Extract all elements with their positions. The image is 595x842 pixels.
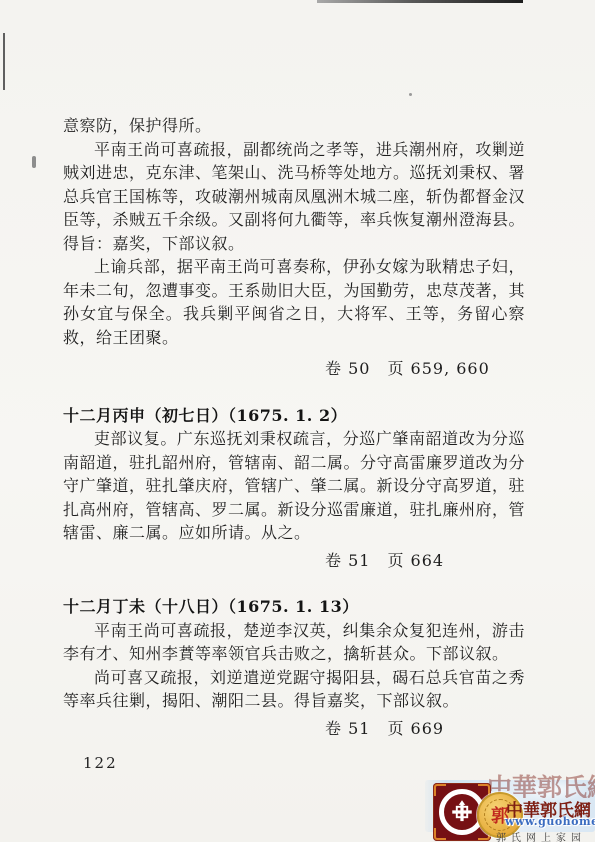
page-text-block: 意察防，保护得所。 平南王尚可喜疏报，副都统尚之孝等，进兵潮州府，攻剿逆贼刘进忠… [63,114,525,740]
entry-date-heading: 十二月丙申（初七日）（1675. 1. 2） [63,404,525,428]
paragraph: 尚可喜又疏报，刘逆遣逆党踞守揭阳县，碣石总兵官苗之秀等率兵往剿，揭阳、潮阳二县。… [63,666,525,713]
ink-speck [409,93,412,96]
watermark-tagline: 郭氏网上家园 [496,829,586,842]
scanned-book-page: 意察防，保护得所。 平南王尚可喜疏报，副都统尚之孝等，进兵潮州府，攻剿逆贼刘进忠… [0,0,595,842]
volume-page-reference: 卷 51 页 669 [63,717,525,741]
paragraph: 平南王尚可喜疏报，副都统尚之孝等，进兵潮州府，攻剿逆贼刘进忠，克东津、笔架山、洗… [63,138,525,256]
paragraph: 吏部议复。广东巡抚刘秉权疏言，分巡广肇南韶道改为分巡南韶道，驻扎韶州府，管辖南、… [63,427,525,545]
ornament-corner-icon [434,828,446,840]
scan-edge-artifact-left [3,33,5,90]
site-watermark: 中華郭氏網 郭 中華郭氏網 www.guohome.org 郭氏网上家园 [425,770,595,842]
watermark-url: www.guohome.org [505,815,595,828]
seal-cross-icon [449,799,475,825]
page-number: 122 [83,754,118,772]
entry-date-heading: 十二月丁未（十八日）（1675. 1. 13） [63,595,525,619]
scan-edge-artifact-top [317,0,523,3]
volume-page-reference: 卷 51 页 664 [63,549,525,573]
paragraph: 上谕兵部，据平南王尚可喜奏称，伊孙女嫁为耿精忠子妇，年未二旬，忽遭事变。王系勋旧… [63,255,525,349]
paragraph-continued: 意察防，保护得所。 [63,114,525,138]
ink-smudge [32,156,36,168]
ornament-corner-icon [434,784,446,796]
volume-page-reference: 卷 50 页 659, 660 [63,357,525,381]
paragraph: 平南王尚可喜疏报，楚逆李汉英，纠集余众复犯连州，游击李有才、知州李蕡等率领官兵击… [63,619,525,666]
